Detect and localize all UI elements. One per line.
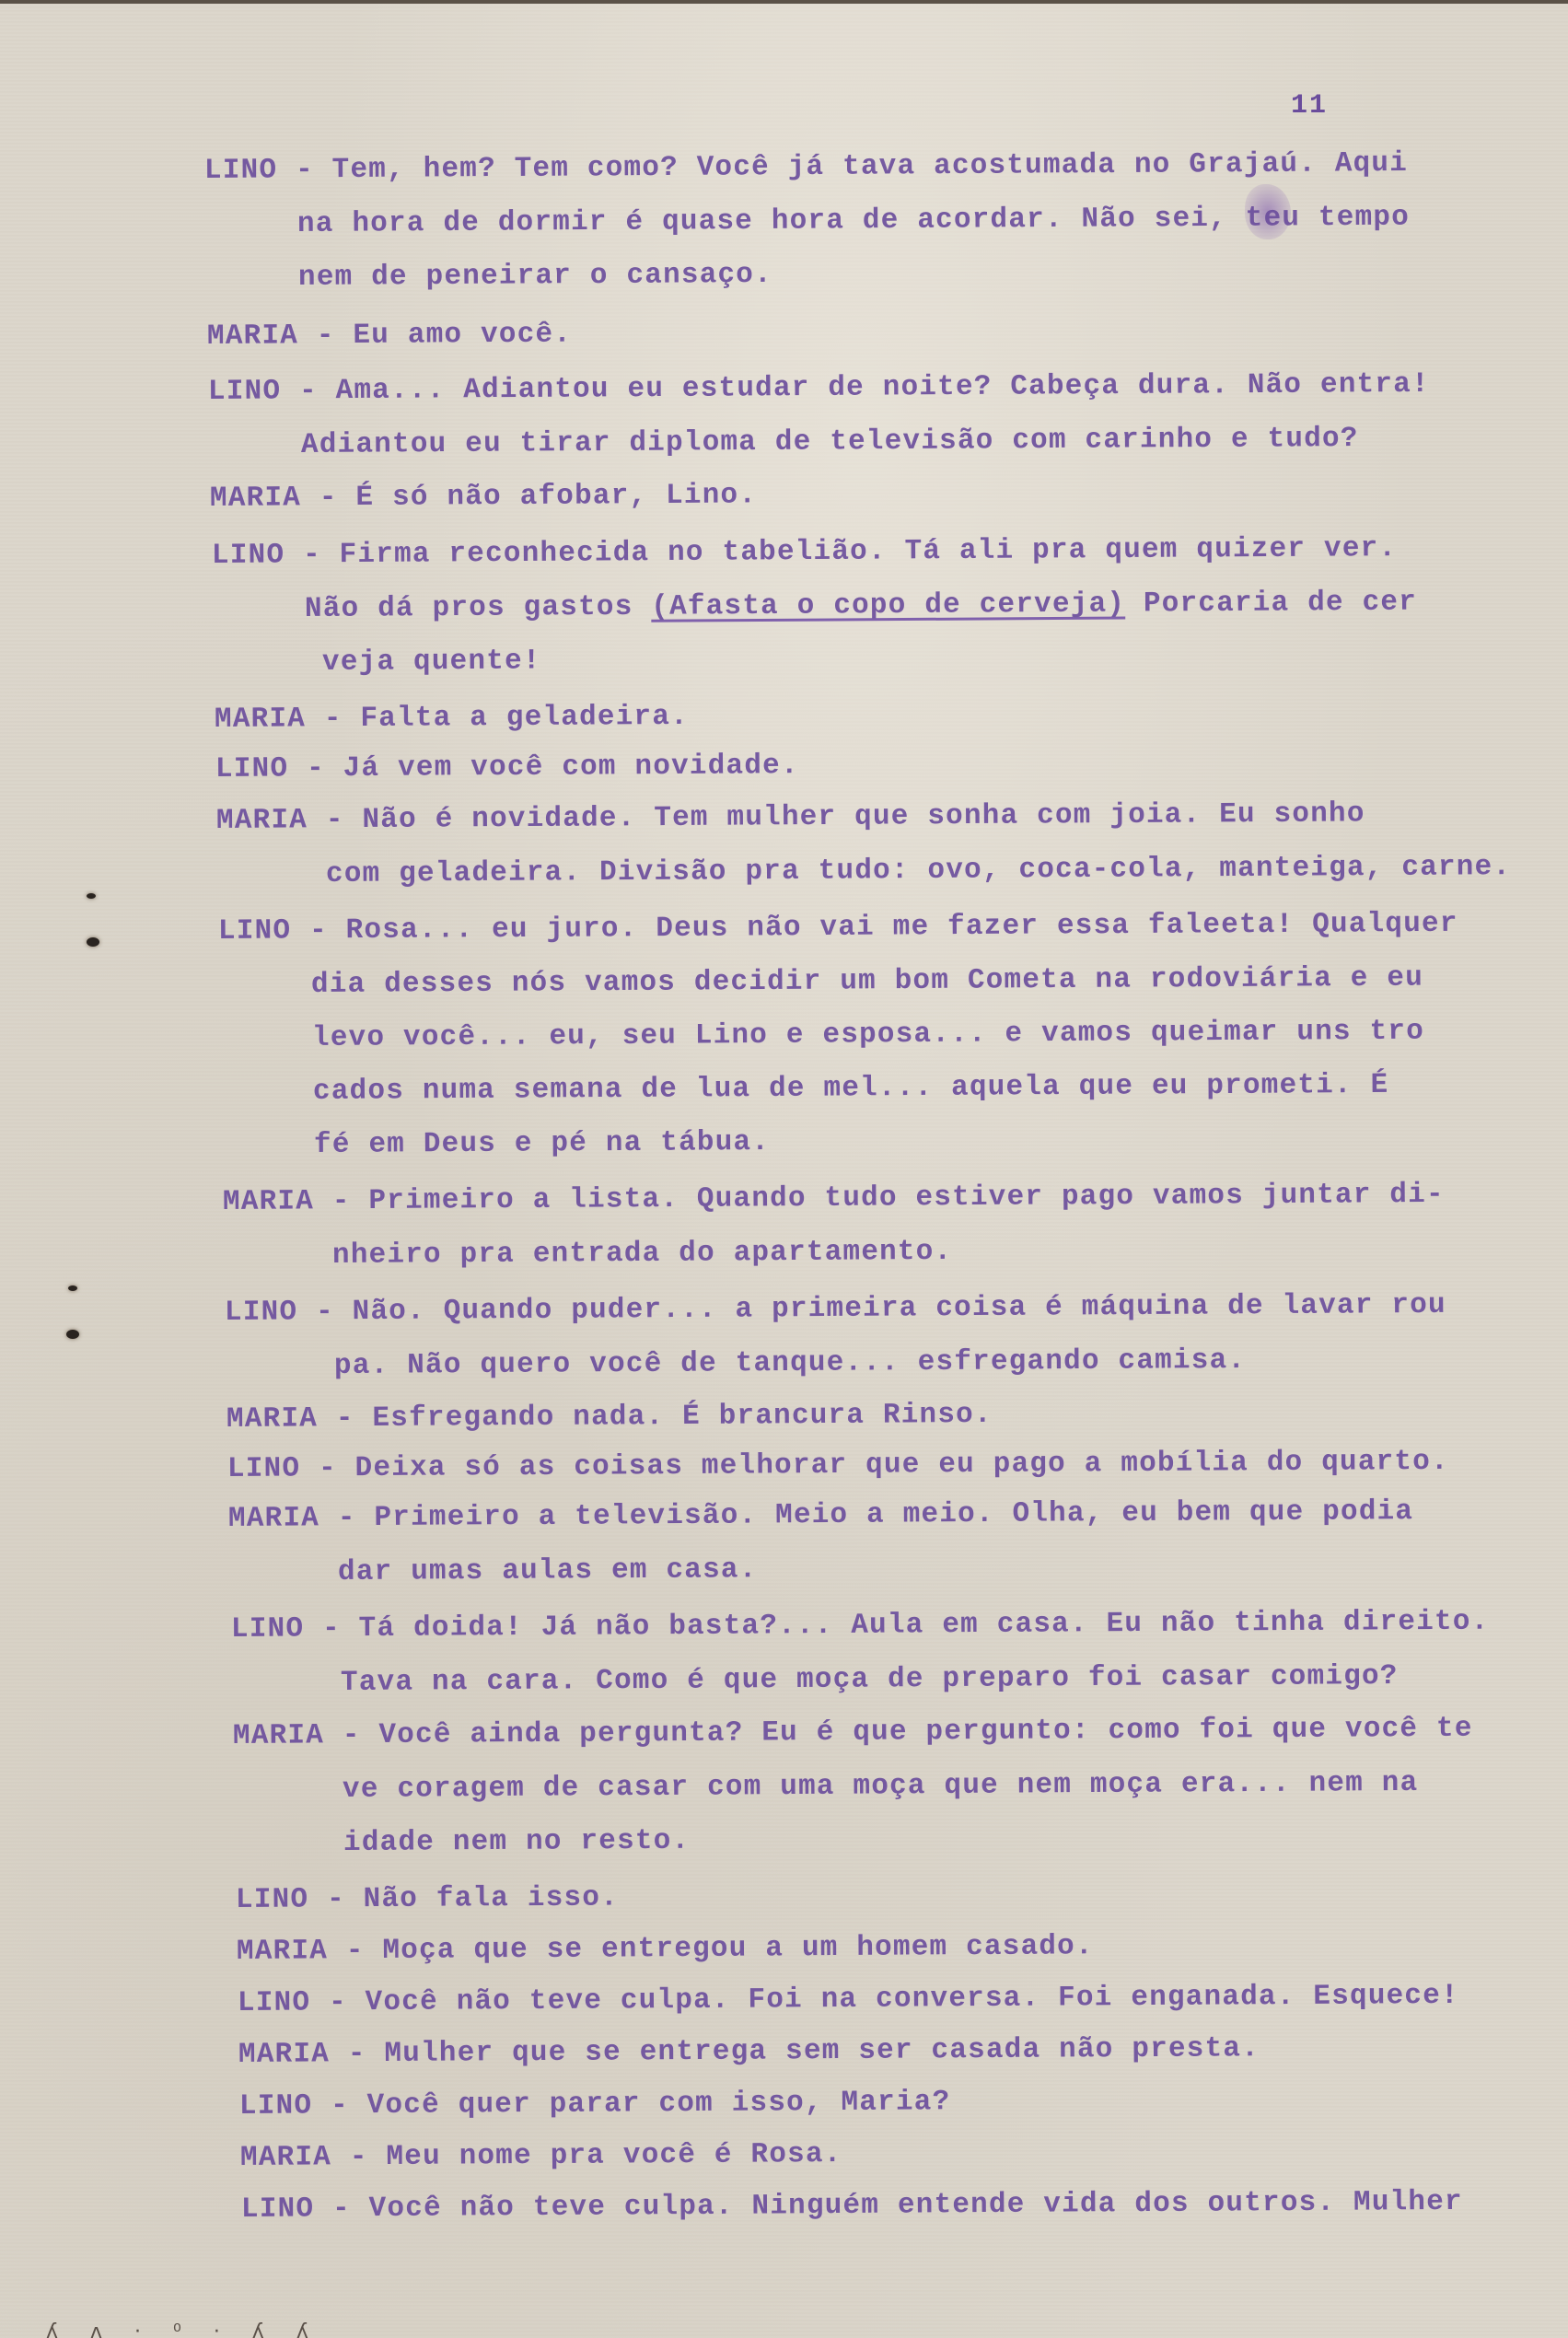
dialogue-continuation: nheiro pra entrada do apartamento. [332,1236,953,1272]
dialogue-text: Primeiro a televisão. Meio a meio. Olha,… [374,1495,1413,1534]
dialogue-text: dia desses nós vamos decidir um bom Come… [311,962,1423,1001]
dialogue-continuation: ve coragem de casar com uma moça que nem… [343,1767,1419,1806]
speaker-separator: - [288,752,343,785]
dialogue-line: MARIA - Esfregando nada. É brancura Rins… [226,1399,993,1436]
dialogue-continuation: Não dá pros gastos (Afasta o copo de cer… [305,587,1417,625]
speaker-name: LINO [239,2090,312,2123]
dialogue-text: Não. Quando puder... a primeira coisa é … [353,1289,1446,1328]
dialogue-line: MARIA - Não é novidade. Tem mulher que s… [216,797,1365,837]
dialogue-text: Firma reconhecida no tabelião. Tá ali pr… [340,532,1398,571]
dialogue-text: Não fala isso. [364,1881,619,1915]
dialogue-continuation: dia desses nós vamos decidir um bom Come… [311,962,1423,1001]
dialogue-text: com geladeira. Divisão pra tudo: ovo, co… [326,851,1511,890]
dialogue-text: nem de peneirar o cansaço. [298,259,772,294]
speaker-separator: - [319,1502,375,1534]
speaker-separator: - [277,154,332,186]
dialogue-text: nheiro pra entrada do apartamento. [332,1236,953,1272]
dialogue-line: LINO - Você não teve culpa. Ninguém ente… [241,2186,1463,2226]
dialogue-line: MARIA - Primeiro a televisão. Meio a mei… [228,1495,1413,1535]
speaker-name: MARIA [216,804,308,837]
speaker-separator: - [318,1402,373,1435]
dialogue-line: LINO - Não. Quando puder... a primeira c… [225,1289,1446,1329]
dialogue-line: MARIA - Você ainda pergunta? Eu é que pe… [233,1713,1473,1752]
dialogue-line: LINO - Tá doida! Já não basta?... Aula e… [231,1606,1490,1646]
speaker-name: MARIA [233,1719,324,1752]
binding-hole-mark [87,893,96,899]
speaker-separator: - [306,703,361,735]
speaker-separator: - [301,482,356,514]
dialogue-text: Mulher que se entrega sem ser casada não… [384,2032,1260,2070]
dialogue-line: LINO - Não fala isso. [236,1881,619,1916]
speaker-name: LINO [208,376,281,408]
dialogue-text: Rosa... eu juro. Deus não vai me fazer e… [346,908,1458,947]
speaker-name: LINO [218,915,291,948]
speaker-name: MARIA [238,2038,330,2071]
speaker-separator: - [310,1986,366,2018]
dialogue-text: dar umas aulas em casa. [338,1553,758,1588]
speaker-separator: - [304,1612,359,1645]
speaker-separator: - [314,2193,369,2225]
dialogue-text: Meu nome pra você é Rosa. [386,2138,842,2173]
dialogue-continuation: veja quente! [322,646,541,679]
dialogue-text: Esfregando nada. É brancura Rinso. [372,1399,993,1435]
binding-hole-mark [68,1285,77,1291]
speaker-separator: - [281,375,336,407]
speaker-separator: - [330,2038,385,2070]
dialogue-continuation: levo você... eu, seu Lino e esposa... e … [312,1016,1424,1054]
dialogue-text: Primeiro a lista. Quando tudo estiver pa… [368,1179,1445,1217]
dialogue-text: Deixa só as coisas melhorar que eu pago … [355,1446,1449,1484]
speaker-separator: - [308,1883,364,1915]
dialogue-continuation: cados numa semana de lua de mel... aquel… [313,1069,1389,1108]
speaker-separator: - [331,2141,387,2173]
speaker-separator: - [300,1452,355,1484]
speaker-name: LINO [225,1297,297,1329]
dialogue-text: Você não teve culpa. Ninguém entende vid… [369,2186,1463,2225]
speaker-separator: - [285,539,340,571]
dialogue-continuation: pa. Não quero você de tanque... esfregan… [334,1344,1246,1382]
dialogue-text: Já vem você com novidade. [343,750,799,785]
dialogue-continuation: Adiantou eu tirar diploma de televisão c… [301,423,1359,461]
speaker-name: MARIA [210,482,301,515]
speaker-name: MARIA [215,703,306,736]
dialogue-continuation: dar umas aulas em casa. [338,1553,758,1588]
dialogue-text: levo você... eu, seu Lino e esposa... e … [312,1016,1424,1054]
speaker-separator: - [308,804,363,836]
speaker-name: MARIA [226,1402,318,1436]
dialogue-line: MARIA - Mulher que se entrega sem ser ca… [238,2032,1260,2071]
dialogue-line: LINO - Firma reconhecida no tabelião. Tá… [212,532,1397,572]
binding-hole [87,937,99,947]
speaker-separator: - [328,1935,383,1967]
dialogue-text: Eu amo você. [353,319,572,352]
binding-hole [66,1330,79,1339]
speaker-separator: - [324,1719,379,1751]
speaker-name: LINO [241,2193,314,2226]
dialogue-line: MARIA - Eu amo você. [207,319,572,353]
speaker-separator: - [312,2089,367,2122]
dialogue-continuation: fé em Deus e pé na tábua. [314,1126,770,1161]
dialogue-text: ve coragem de casar com uma moça que nem… [343,1767,1419,1806]
dialogue-text: Adiantou eu tirar diploma de televisão c… [301,423,1359,461]
dialogue-text: Ama... Adiantou eu estudar de noite? Cab… [336,368,1430,407]
dialogue-text: Falta a geladeira. [360,701,689,735]
dialogue-text: pa. Não quero você de tanque... esfregan… [334,1344,1246,1382]
speaker-separator: - [314,1185,369,1217]
dialogue-text: fé em Deus e pé na tábua. [314,1126,770,1161]
speaker-name: LINO [236,1884,308,1916]
dialogue-continuation: idade nem no resto. [343,1825,690,1859]
speaker-name: MARIA [228,1502,319,1535]
dialogue-line: MARIA - É só não afobar, Lino. [210,479,757,515]
dialogue-line: LINO - Ama... Adiantou eu estudar de noi… [208,368,1430,408]
dialogue-continuation: Tava na cara. Como é que moça de preparo… [341,1660,1399,1699]
speaker-name: LINO [215,753,288,785]
dialogue-line: MARIA - Falta a geladeira. [215,701,689,736]
speaker-name: MARIA [223,1185,314,1218]
dialogue-line: MARIA - Moça que se entregou a um homem … [237,1930,1094,1968]
speaker-name: LINO [212,540,285,572]
dialogue-line: LINO - Você não teve culpa. Foi na conve… [238,1980,1459,2019]
dialogue-continuation: com geladeira. Divisão pra tudo: ovo, co… [326,851,1511,890]
dialogue-line: MARIA - Meu nome pra você é Rosa. [240,2138,842,2174]
dialogue-text: Tá doida! Já não basta?... Aula em casa.… [359,1606,1490,1645]
dialogue-line: LINO - Já vem você com novidade. [215,750,799,785]
speaker-name: MARIA [237,1935,328,1968]
dialogue-text: Você não teve culpa. Foi na conversa. Fo… [366,1980,1459,2018]
dialogue-text: Você ainda pergunta? Eu é que pergunto: … [378,1713,1472,1751]
dialogue-line: LINO - Deixa só as coisas melhorar que e… [227,1446,1449,1485]
dialogue-continuation: nem de peneirar o cansaço. [298,259,772,294]
dialogue-line: LINO - Você quer parar com isso, Maria? [239,2086,951,2123]
dialogue-text: na hora de dormir é quase hora de acorda… [297,202,1410,240]
speaker-separator: - [291,914,346,947]
speaker-separator: - [298,320,354,352]
speaker-name: MARIA [207,320,298,353]
dialogue-line: LINO - Rosa... eu juro. Deus não vai me … [218,908,1458,948]
dialogue-text: Porcaria de cer [1125,587,1417,621]
dialogue-text: Moça que se entregou a um homem casado. [382,1930,1094,1967]
dialogue-text: Você quer parar com isso, Maria? [367,2086,951,2122]
dialogue-continuation: na hora de dormir é quase hora de acorda… [297,202,1410,240]
footer-marks: ʎ ʌ · ⁰ · ʎ ʎ [46,2321,321,2338]
dialogue-text: Não dá pros gastos [305,591,651,625]
speaker-separator: - [297,1296,353,1328]
speaker-name: LINO [231,1613,304,1646]
speaker-name: LINO [238,1987,310,2019]
page-top-edge [0,0,1568,4]
dialogue-text: idade nem no resto. [343,1825,690,1859]
dialogue-text: veja quente! [322,646,541,679]
speaker-name: LINO [204,155,277,187]
speaker-name: MARIA [240,2141,331,2174]
dialogue-text: Não é novidade. Tem mulher que sonha com… [362,797,1365,836]
dialogue-line: LINO - Tem, hem? Tem como? Você já tava … [204,147,1408,187]
dialogue-text: Tem, hem? Tem como? Você já tava acostum… [332,147,1409,186]
page-number: 11 [1291,90,1328,122]
dialogue-line: MARIA - Primeiro a lista. Quando tudo es… [223,1179,1445,1218]
dialogue-text: Tava na cara. Como é que moça de preparo… [341,1660,1399,1699]
dialogue-text: cados numa semana de lua de mel... aquel… [313,1069,1389,1108]
speaker-name: LINO [227,1453,300,1485]
dialogue-text: É só não afobar, Lino. [355,479,757,514]
stage-direction: (Afasta o copo de cerveja) [651,588,1125,623]
